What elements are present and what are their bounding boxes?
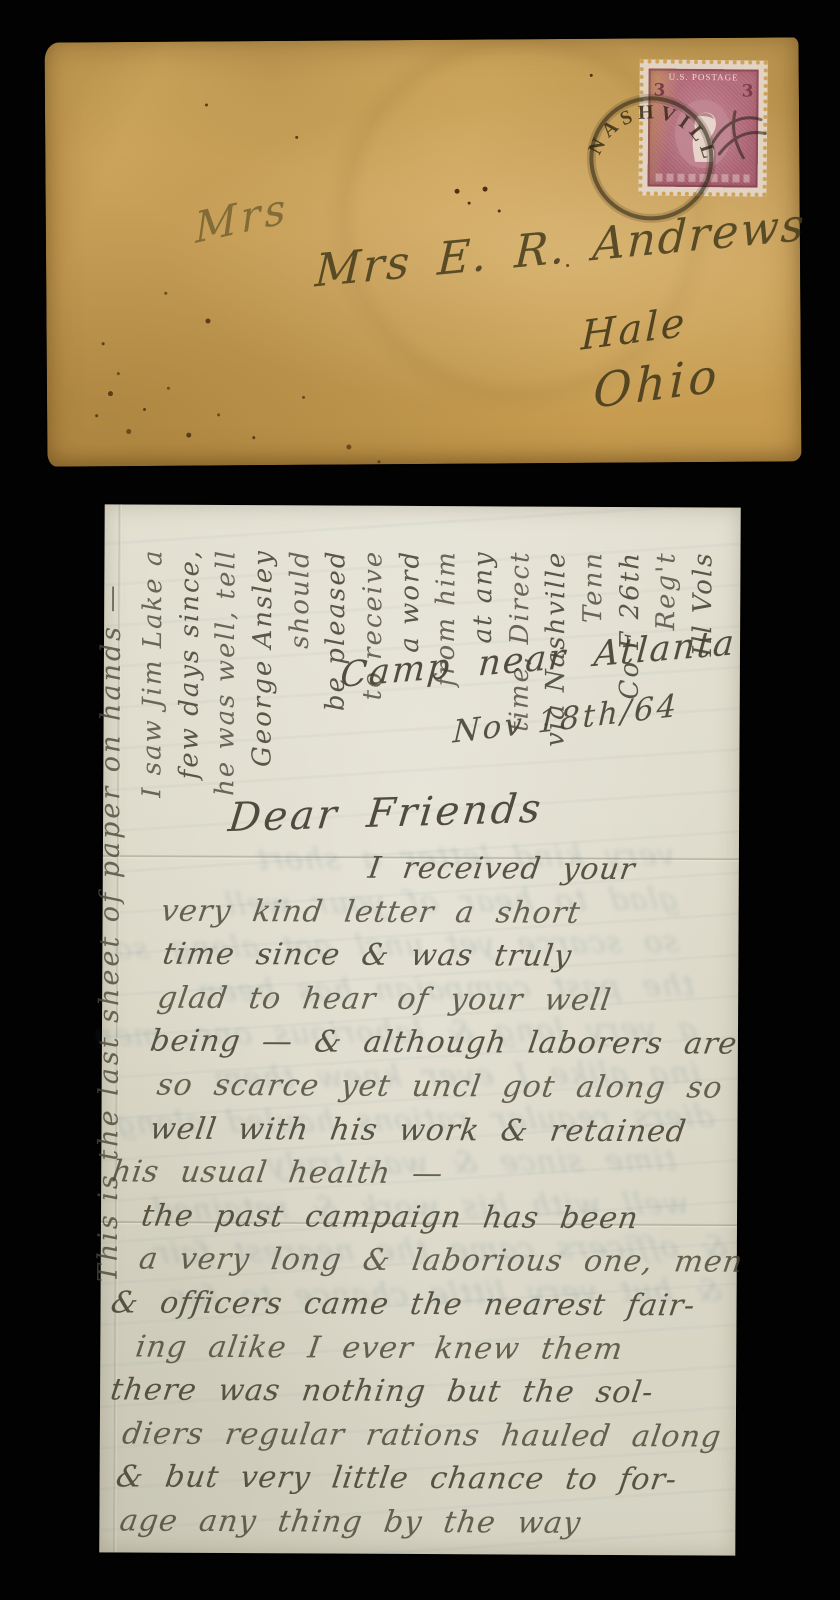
envelope-address-name: Mrs E. R. Andrews [314, 198, 807, 298]
letter-body-line: so scarce yet uncl got along so [109, 1067, 739, 1114]
letter-body-line: diers regular rations hauled along [107, 1416, 737, 1463]
letter-body-line: & but very little chance to for- [106, 1460, 736, 1507]
letter-body-line: I received your [110, 849, 740, 896]
envelope-address-town: Hale [580, 299, 688, 359]
cross-line: I saw Jim Lake a [137, 549, 169, 798]
letter-body-line: his usual health — [108, 1155, 738, 1202]
cross-line: a word [395, 550, 426, 653]
cross-line: should [285, 549, 316, 649]
letter-body-line: a very long & laborious one, men [108, 1242, 738, 1289]
letter-page: very kind letter a short glad to hear of… [99, 504, 740, 1555]
letter-body-line: the past campaign has been [108, 1198, 738, 1245]
letter-body-line: very kind letter a short [109, 893, 739, 940]
cancel-mark-icon [705, 104, 775, 174]
photo-stage: U.S. POSTAGE 3 3 NASHVILLE [0, 0, 840, 1600]
cross-line: Reg't [652, 551, 683, 630]
cross-line: Tenn [578, 551, 609, 623]
stamp-denomination-right: 3 [742, 81, 754, 101]
letter-body-line: ing alike I ever knew them [107, 1329, 737, 1376]
letter-body-line: well with his work & retained [108, 1111, 738, 1158]
cross-line: Co F 26th [614, 551, 645, 700]
letter-body-line: glad to hear of your well [109, 980, 739, 1027]
cross-line: George Ansley [247, 549, 279, 767]
cross-line: at any [468, 550, 499, 643]
letter-body-line: being — & although laborers are [109, 1024, 739, 1071]
photo-background: { "photo": { "background_color": "#02020… [0, 0, 840, 1600]
foxing-specks [45, 43, 48, 46]
letter-body-line: there was nothing but the sol- [107, 1373, 737, 1420]
envelope: U.S. POSTAGE 3 3 NASHVILLE [45, 37, 802, 466]
letter-body-line: age any thing by the way [106, 1503, 736, 1550]
letter-salutation: Dear Friends [226, 786, 546, 842]
envelope-address-prefix: Mrs [194, 183, 290, 253]
cross-line: few days since, [174, 549, 206, 780]
cross-line: he was well, tell [211, 549, 243, 796]
letter-body: I received your very kind letter a short… [109, 849, 737, 1550]
letter-body-line: time since & was truly [109, 937, 739, 984]
letter-body-line: & officers came the nearest fair- [107, 1285, 737, 1332]
envelope-address-state: Ohio [593, 348, 722, 420]
